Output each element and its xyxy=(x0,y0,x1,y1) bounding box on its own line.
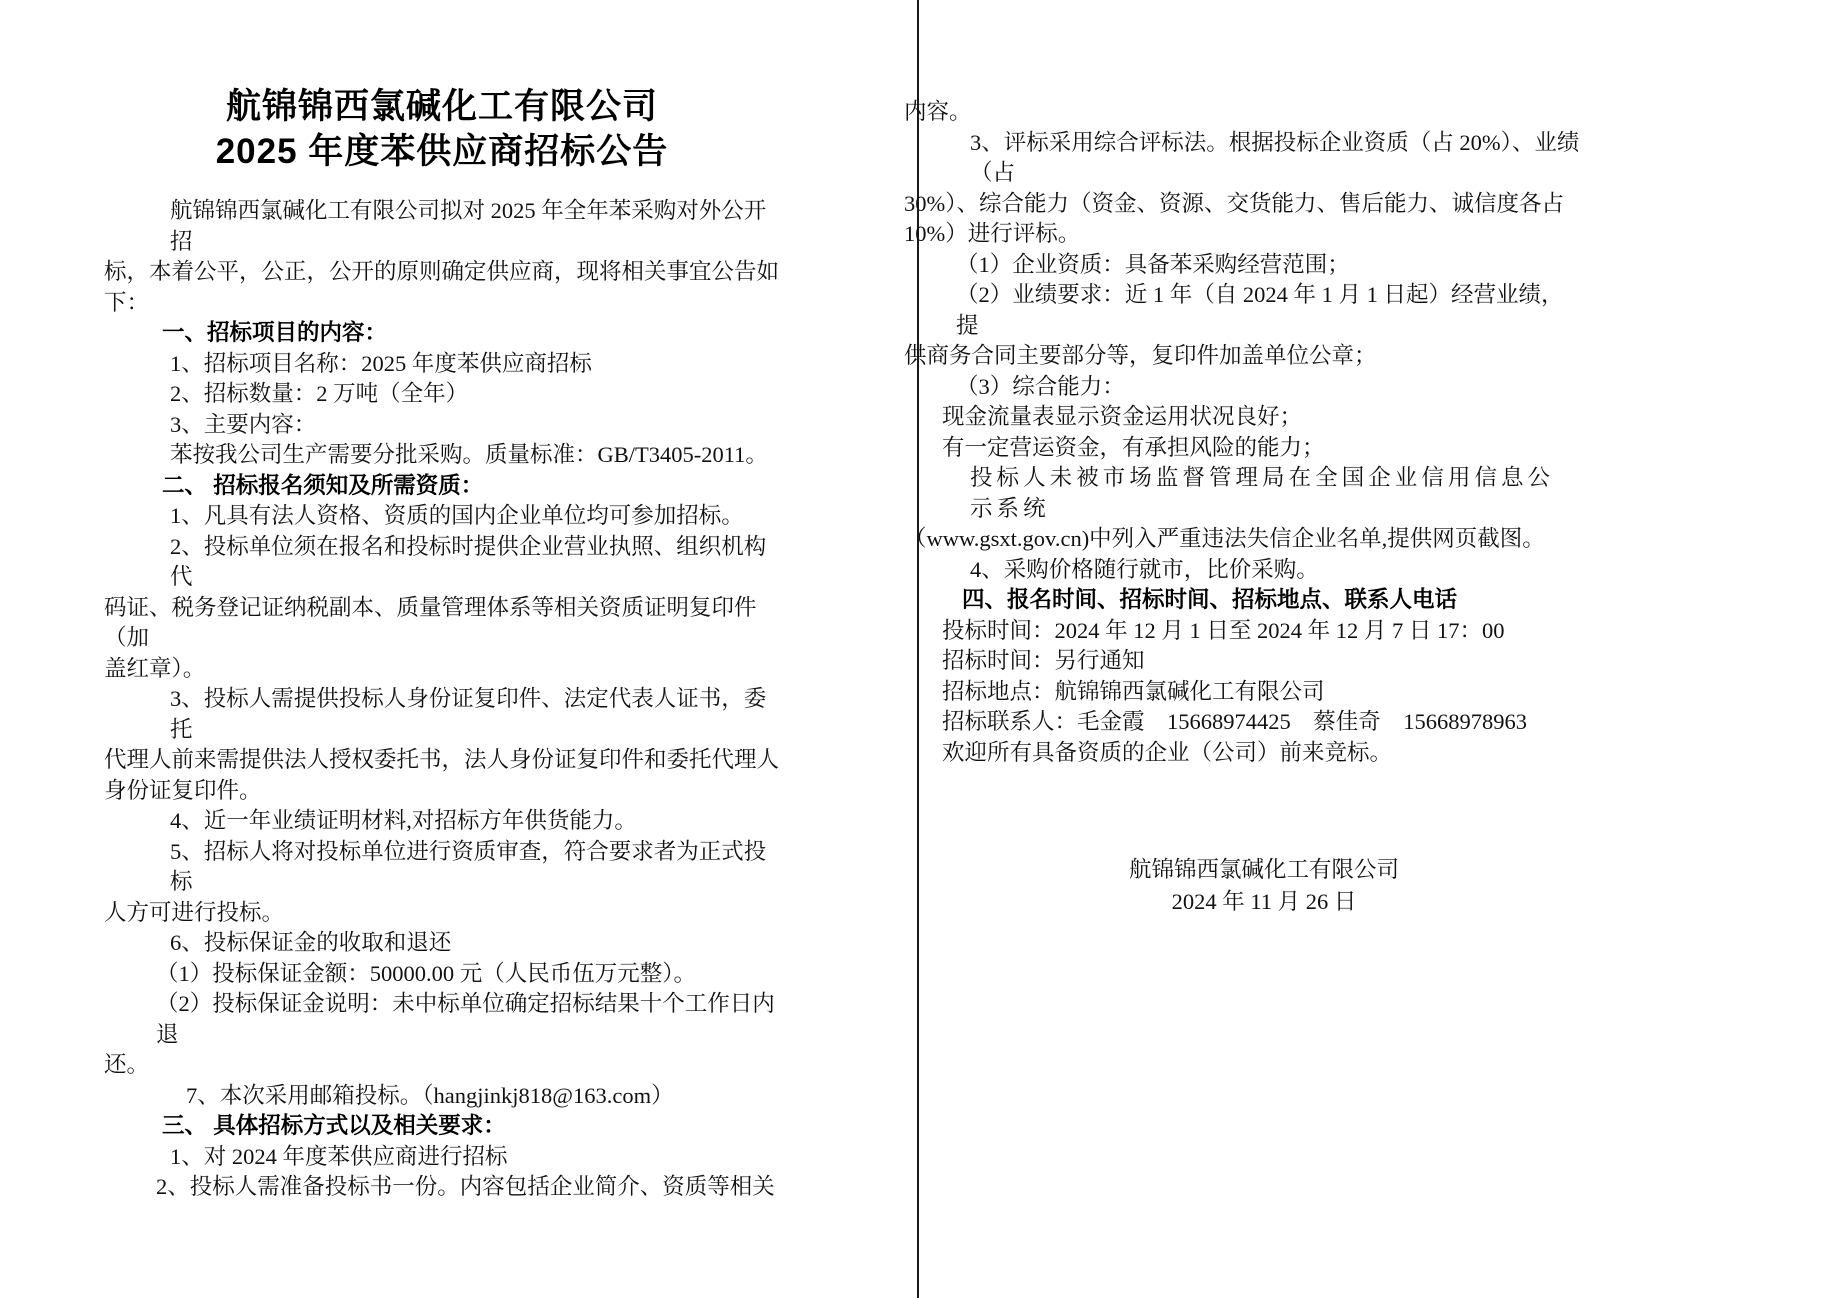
text-line: 现金流量表显示资金运用状况良好； xyxy=(904,402,1580,433)
text-line: 有一定营运资金，有承担风险的能力； xyxy=(904,433,1580,464)
text-line: 3、主要内容： xyxy=(104,410,780,441)
signature-company: 航锦锦西氯碱化工有限公司 xyxy=(1084,854,1444,886)
text-line: 投标人未被市场监督管理局在全国企业信用信息公示系统 xyxy=(904,463,1580,524)
text-line: 1、凡具有法人资格、资质的国内企业单位均可参加招标。 xyxy=(104,501,780,532)
title-line-2: 2025 年度苯供应商招标公告 xyxy=(104,129,780,174)
text-line: 30%）、综合能力（资金、资源、交货能力、售后能力、诚信度各占 xyxy=(904,189,1580,220)
right-page: 内容。3、评标采用综合评标法。根据投标企业资质（占 20%）、业绩（占30%）、… xyxy=(904,0,1580,1298)
text-line: 1、对 2024 年度苯供应商进行招标 xyxy=(104,1142,780,1173)
text-line: （2）业绩要求：近 1 年（自 2024 年 1 月 1 日起）经营业绩，提 xyxy=(904,280,1580,341)
text-line: 投标时间：2024 年 12 月 1 日至 2024 年 12 月 7 日 17… xyxy=(904,616,1580,647)
text-line: 人方可进行投标。 xyxy=(104,898,780,929)
text-line: 标，本着公平，公正，公开的原则确定供应商，现将相关事宜公告如 xyxy=(104,257,780,288)
text-line: 2、投标单位须在报名和投标时提供企业营业执照、组织机构代 xyxy=(104,532,780,593)
text-line: 欢迎所有具备资质的企业（公司）前来竞标。 xyxy=(904,738,1580,769)
signature-block: 航锦锦西氯碱化工有限公司 2024 年 11 月 26 日 xyxy=(1084,854,1444,918)
text-line: 5、招标人将对投标单位进行资质审查，符合要求者为正式投标 xyxy=(104,837,780,898)
text-line: 1、招标项目名称：2025 年度苯供应商招标 xyxy=(104,349,780,380)
text-line: 码证、税务登记证纳税副本、质量管理体系等相关资质证明复印件（加 xyxy=(104,593,780,654)
text-line: 3、评标采用综合评标法。根据投标企业资质（占 20%）、业绩（占 xyxy=(904,128,1580,189)
text-line: 2、投标人需准备投标书一份。内容包括企业简介、资质等相关 xyxy=(104,1172,780,1203)
text-line: 下： xyxy=(104,288,780,319)
text-line: 招标联系人：毛金霞 15668974425 蔡佳奇 15668978963 xyxy=(904,707,1580,738)
text-line: （2）投标保证金说明：未中标单位确定招标结果十个工作日内退 xyxy=(104,989,780,1050)
text-line: 招标地点：航锦锦西氯碱化工有限公司 xyxy=(904,677,1580,708)
signature-date: 2024 年 11 月 26 日 xyxy=(1084,886,1444,918)
page-spread: 航锦锦西氯碱化工有限公司 2025 年度苯供应商招标公告 航锦锦西氯碱化工有限公… xyxy=(0,0,1837,1298)
title-line-1: 航锦锦西氯碱化工有限公司 xyxy=(104,84,780,129)
text-line: （www.gsxt.gov.cn)中列入严重违法失信企业名单,提供网页截图。 xyxy=(904,524,1580,555)
text-line: 还。 xyxy=(104,1050,780,1081)
text-line: 一、招标项目的内容： xyxy=(104,318,780,349)
right-page-body: 内容。3、评标采用综合评标法。根据投标企业资质（占 20%）、业绩（占30%）、… xyxy=(904,97,1580,768)
text-line: 6、投标保证金的收取和退还 xyxy=(104,928,780,959)
text-line: （1）企业资质：具备苯采购经营范围； xyxy=(904,250,1580,281)
text-line: 四、报名时间、招标时间、招标地点、联系人电话 xyxy=(904,585,1580,616)
text-line: 盖红章）。 xyxy=(104,654,780,685)
text-line: 10%）进行评标。 xyxy=(904,219,1580,250)
text-line: 2、招标数量：2 万吨（全年） xyxy=(104,379,780,410)
text-line: 4、近一年业绩证明材料,对招标方年供货能力。 xyxy=(104,806,780,837)
text-line: 招标时间：另行通知 xyxy=(904,646,1580,677)
text-line: 供商务合同主要部分等，复印件加盖单位公章； xyxy=(904,341,1580,372)
text-line: 二、 招标报名须知及所需资质： xyxy=(104,471,780,502)
text-line: （1）投标保证金额：50000.00 元（人民币伍万元整）。 xyxy=(104,959,780,990)
text-line: 三、 具体招标方式以及相关要求： xyxy=(104,1111,780,1142)
text-line: 航锦锦西氯碱化工有限公司拟对 2025 年全年苯采购对外公开招 xyxy=(104,196,780,257)
text-line: 内容。 xyxy=(904,97,1580,128)
text-line: 代理人前来需提供法人授权委托书，法人身份证复印件和委托代理人 xyxy=(104,745,780,776)
left-page: 航锦锦西氯碱化工有限公司 2025 年度苯供应商招标公告 航锦锦西氯碱化工有限公… xyxy=(104,0,780,1298)
left-page-body: 航锦锦西氯碱化工有限公司拟对 2025 年全年苯采购对外公开招标，本着公平，公正… xyxy=(104,196,780,1203)
text-line: 4、采购价格随行就市，比价采购。 xyxy=(904,555,1580,586)
text-line: 苯按我公司生产需要分批采购。质量标准：GB/T3405-2011。 xyxy=(104,440,780,471)
text-line: 7、本次采用邮箱投标。（hangjinkj818@163.com） xyxy=(104,1081,780,1112)
text-line: （3）综合能力： xyxy=(904,372,1580,403)
text-line: 3、投标人需提供投标人身份证复印件、法定代表人证书，委托 xyxy=(104,684,780,745)
text-line: 身份证复印件。 xyxy=(104,776,780,807)
document-title: 航锦锦西氯碱化工有限公司 2025 年度苯供应商招标公告 xyxy=(104,84,780,174)
